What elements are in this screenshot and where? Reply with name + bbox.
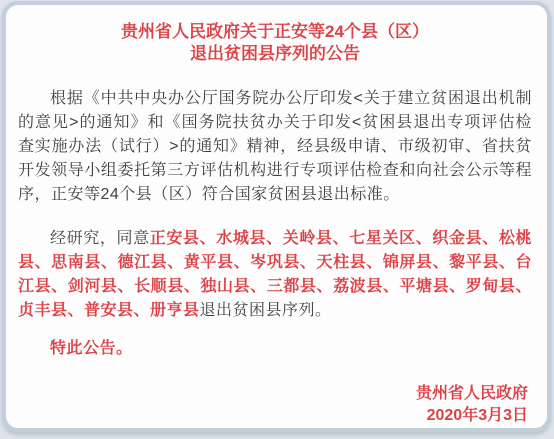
decision-prefix: 经研究，同意 <box>50 230 150 247</box>
issuer-name: 贵州省人民政府 <box>18 383 528 405</box>
title-line-2: 退出贫困县序列的公告 <box>18 43 532 65</box>
closing-statement: 特此公告。 <box>18 337 532 361</box>
issue-date: 2020年3月3日 <box>18 405 528 427</box>
signature-block: 贵州省人民政府 2020年3月3日 <box>18 383 532 427</box>
title-line-1: 贵州省人民政府关于正安等24个县（区） <box>18 21 532 43</box>
announcement-title: 贵州省人民政府关于正安等24个县（区） 退出贫困县序列的公告 <box>18 21 532 65</box>
decision-suffix: 退出贫困县序列。 <box>200 302 332 319</box>
paragraph-basis: 根据《中共中央办公厅国务院办公厅印发<关于建立贫困退出机制的意见>的通知》和《国… <box>18 87 532 207</box>
paragraph-decision: 经研究，同意正安县、水城县、关岭县、七星关区、织金县、松桃县、思南县、德江县、黄… <box>18 227 532 323</box>
announcement-card: 贵州省人民政府关于正安等24个县（区） 退出贫困县序列的公告 根据《中共中央办公… <box>2 1 551 432</box>
